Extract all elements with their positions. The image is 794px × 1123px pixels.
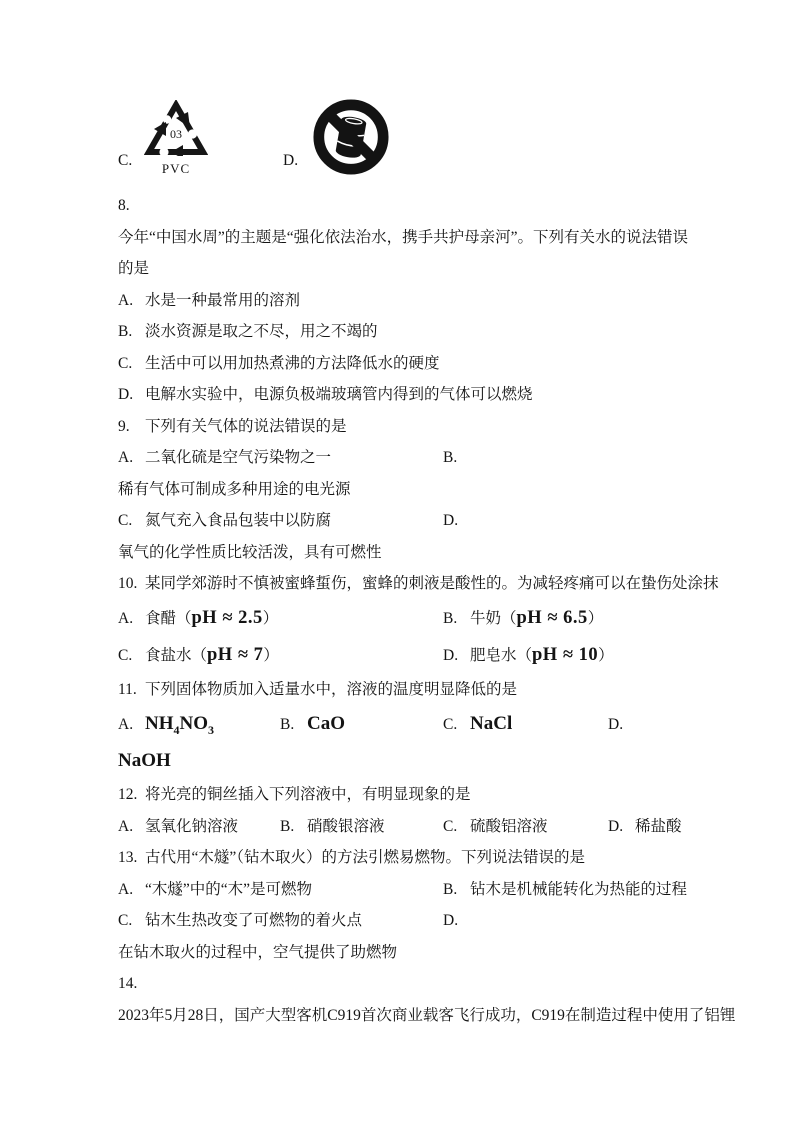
stem-text: 将光亮的铜丝插入下列溶液中，有明显现象的是 [145,786,471,803]
option-row: A.NH4NO3B.CaOC.NaClD. [118,705,678,742]
option-label: A. [118,811,145,843]
question-number: 12. [118,779,145,811]
option-c-label: C. [118,152,132,170]
option-text: 二氧化硫是空气污染物之一 [145,449,331,466]
option-text: 钻木生热改变了可燃物的着火点 [145,912,362,929]
stem-text: 2023年5月28日，国产大型客机C919首次商业载客飞行成功，C919在制造过… [118,1007,735,1024]
question-number: 14. [118,968,145,1000]
option: C.生活中可以用加热煮沸的方法降低水的硬度 [118,348,440,380]
option-label: B. [280,706,307,743]
option: B.牛奶（pH ≈ 6.5） [443,600,603,637]
option-text: 稀盐酸 [635,818,682,835]
resin-code-text: 03 [170,127,182,141]
option-row: C.生活中可以用加热煮沸的方法降低水的硬度 [118,348,678,380]
option: A.二氧化硫是空气污染物之一 [118,442,331,474]
option-suffix: ） [598,647,614,664]
option-row: C.食盐水（pH ≈ 7）D.肥皂水（pH ≈ 10） [118,637,678,674]
option-text: 水是一种最常用的溶剂 [145,292,300,309]
exam-page: C. 03 PVC D. [0,0,794,1123]
question-number: 10. [118,568,145,600]
ph-value: pH ≈ 7 [207,645,263,665]
option-label: B. [443,442,470,474]
option-row: 氧气的化学性质比较活泼，具有可燃性 [118,537,678,569]
option: B.CaO [280,705,345,743]
stem-text: 今年“中国水周”的主题是“强化依法治水，携手共护母亲河”。下列有关水的说法错误 [118,229,688,246]
option-suffix: ） [263,647,279,664]
question-stem: 9.下列有关气体的说法错误的是 [118,411,678,443]
option-row: A.食醋（pH ≈ 2.5）B.牛奶（pH ≈ 6.5） [118,600,678,637]
option: 氧气的化学性质比较活泼，具有可燃性 [118,537,382,569]
option-label: B. [443,600,470,637]
stem-text: 下列有关气体的说法错误的是 [145,418,347,435]
option: D.电解水实验中，电源负极端玻璃管内得到的气体可以燃烧 [118,379,533,411]
ph-value: pH ≈ 6.5 [517,608,588,628]
option-row: C.氮气充入食品包装中以防腐D. [118,505,678,537]
option: D. [443,505,470,537]
option-label: A. [118,600,145,637]
ph-value: pH ≈ 10 [532,645,598,665]
option-d-label: D. [283,152,298,170]
option-text: 氧气的化学性质比较活泼，具有可燃性 [118,544,382,561]
option-row: A.水是一种最常用的溶剂 [118,285,678,317]
option-text: 肥皂水（ [470,647,532,664]
option: C.硫酸铝溶液 [443,811,548,843]
question-stem: 12.将光亮的铜丝插入下列溶液中，有明显现象的是 [118,779,678,811]
option: D. [443,905,470,937]
option: B.硝酸银溶液 [280,811,385,843]
question-stem: 今年“中国水周”的主题是“强化依法治水，携手共护母亲河”。下列有关水的说法错误 [118,222,678,254]
stem-text: 某同学郊游时不慎被蜜蜂蜇伤，蜜蜂的刺液是酸性的。为减轻疼痛可以在蛰伤处涂抹 [145,575,719,592]
stem-text: 的是 [118,260,149,277]
option-row: D.电解水实验中，电源负极端玻璃管内得到的气体可以燃烧 [118,379,678,411]
stem-text: 古代用“木燧”（钻木取火）的方法引燃易燃物。下列说法错误的是 [145,849,585,866]
option: C.钻木生热改变了可燃物的着火点 [118,905,362,937]
option: D. [608,705,635,743]
question-stem: 10.某同学郊游时不慎被蜜蜂蜇伤，蜜蜂的刺液是酸性的。为减轻疼痛可以在蛰伤处涂抹 [118,568,678,600]
option: B. [443,442,470,474]
question-stem: 13.古代用“木燧”（钻木取火）的方法引燃易燃物。下列说法错误的是 [118,842,678,874]
question-number: 9. [118,411,145,443]
option-label: D. [118,379,145,411]
option-label: B. [280,811,307,843]
option-text: 硫酸铝溶液 [470,818,548,835]
option: D.肥皂水（pH ≈ 10） [443,637,614,674]
option-text: 钻木是机械能转化为热能的过程 [470,881,687,898]
option-label: B. [443,874,470,906]
option-label: D. [443,905,470,937]
chemical-formula: NH4NO3 [145,713,214,734]
option-text: 在钻木取火的过程中，空气提供了助燃物 [118,944,397,961]
option-row: A.“木燧”中的“木”是可燃物B.钻木是机械能转化为热能的过程 [118,874,678,906]
option: 在钻木取火的过程中，空气提供了助燃物 [118,937,397,969]
option: B.淡水资源是取之不尽，用之不竭的 [118,316,378,348]
question-stem: 11.下列固体物质加入适量水中，溶液的温度明显降低的是 [118,674,678,706]
recycling-03-pvc-icon: 03 PVC [144,100,208,175]
option-row: A.氢氧化钠溶液B.硝酸银溶液C.硫酸铝溶液D.稀盐酸 [118,811,678,843]
question-number-line: 8. [118,190,678,222]
option-label: A. [118,442,145,474]
option-label: A. [118,706,145,743]
ph-value: pH ≈ 2.5 [192,608,263,628]
option: B.钻木是机械能转化为热能的过程 [443,874,687,906]
option-label: A. [118,285,145,317]
chemical-formula: NaOH [118,750,171,771]
chemical-formula: NaCl [470,713,512,734]
option: 稀有气体可制成多种用途的电光源 [118,474,351,506]
question-number-line: 14. [118,968,678,1000]
page-content: C. 03 PVC D. [118,98,678,1031]
option-label: C. [118,905,145,937]
option-text: 淡水资源是取之不尽，用之不竭的 [145,323,378,340]
option-row: NaOH [118,742,678,779]
question-number: 11. [118,674,145,706]
recycle-caption: PVC [144,162,208,175]
option-text: 食醋（ [145,610,192,627]
option-label: B. [118,316,145,348]
option-label: D. [443,637,470,674]
option-text: 氢氧化钠溶液 [145,818,238,835]
option-text: 食盐水（ [145,647,207,664]
option: C.氮气充入食品包装中以防腐 [118,505,331,537]
option: D.稀盐酸 [608,811,682,843]
question-number: 8. [118,190,145,222]
no-oil-drum-icon [312,98,390,181]
option-text: 牛奶（ [470,610,517,627]
option-label: D. [443,505,470,537]
option: C.食盐水（pH ≈ 7） [118,637,279,674]
option-row: 在钻木取火的过程中，空气提供了助燃物 [118,937,678,969]
figure-options-row: C. 03 PVC D. [118,98,678,190]
option-row: A.二氧化硫是空气污染物之一B. [118,442,678,474]
option-text: 生活中可以用加热煮沸的方法降低水的硬度 [145,355,440,372]
option-label: C. [443,811,470,843]
option-text: 氮气充入食品包装中以防腐 [145,512,331,529]
option-label: C. [118,637,145,674]
option-label: A. [118,874,145,906]
option: A.“木燧”中的“木”是可燃物 [118,874,312,906]
option-row: B.淡水资源是取之不尽，用之不竭的 [118,316,678,348]
option-label: D. [608,811,635,843]
chemical-formula: CaO [307,713,345,734]
option-label: C. [443,706,470,743]
option: A.氢氧化钠溶液 [118,811,238,843]
option-suffix: ） [263,610,279,627]
option-label: C. [118,505,145,537]
option-text: 稀有气体可制成多种用途的电光源 [118,481,351,498]
question-stem: 的是 [118,253,678,285]
option: NaOH [118,742,171,780]
option-label: C. [118,348,145,380]
option: A.食醋（pH ≈ 2.5） [118,600,278,637]
option-label: D. [608,706,635,743]
option-suffix: ） [588,610,604,627]
option-text: 硝酸银溶液 [307,818,385,835]
option-text: 电解水实验中，电源负极端玻璃管内得到的气体可以燃烧 [145,386,533,403]
recycling-triangle-icon: 03 [144,100,208,156]
option-text: “木燧”中的“木”是可燃物 [145,881,312,898]
option: A.水是一种最常用的溶剂 [118,285,300,317]
stem-text: 下列固体物质加入适量水中，溶液的温度明显降低的是 [145,681,517,698]
questions: 8.今年“中国水周”的主题是“强化依法治水，携手共护母亲河”。下列有关水的说法错… [118,190,678,1031]
question-stem: 2023年5月28日，国产大型客机C919首次商业载客飞行成功，C919在制造过… [118,1000,678,1032]
question-number: 13. [118,842,145,874]
option-row: 稀有气体可制成多种用途的电光源 [118,474,678,506]
option: C.NaCl [443,705,512,743]
option-row: C.钻木生热改变了可燃物的着火点D. [118,905,678,937]
